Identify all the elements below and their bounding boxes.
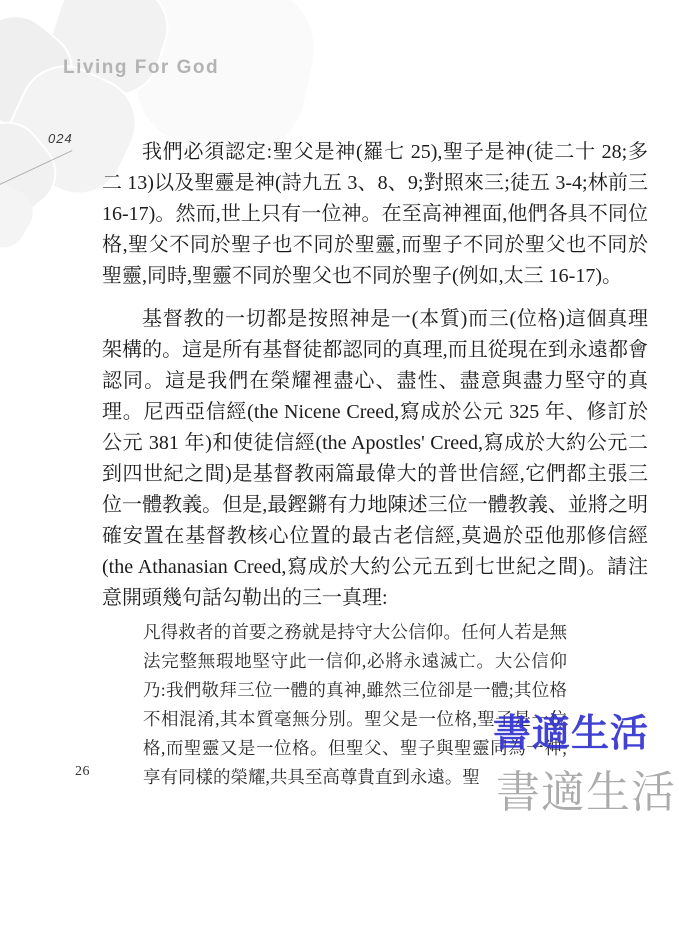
page-body-text: 我們必須認定:聖父是神(羅七 25),聖子是神(徒二十 28;多二 13)以及聖… xyxy=(102,137,648,792)
chapter-page-number: 024 xyxy=(48,131,73,146)
page-number: 26 xyxy=(75,764,90,780)
book-series-logo: Living For God xyxy=(63,57,219,79)
book-page: Living For God 024 我們必須認定:聖父是神(羅七 25),聖子… xyxy=(0,0,679,952)
paragraph: 基督教的一切都是按照神是一(本質)而三(位格)這個真理架構的。這是所有基督徒都認… xyxy=(102,304,648,614)
watermark-blue: 書適生活 xyxy=(493,702,649,757)
watermark-gray: 書適生活 xyxy=(496,756,676,820)
paragraph: 我們必須認定:聖父是神(羅七 25),聖子是神(徒二十 28;多二 13)以及聖… xyxy=(102,137,648,292)
